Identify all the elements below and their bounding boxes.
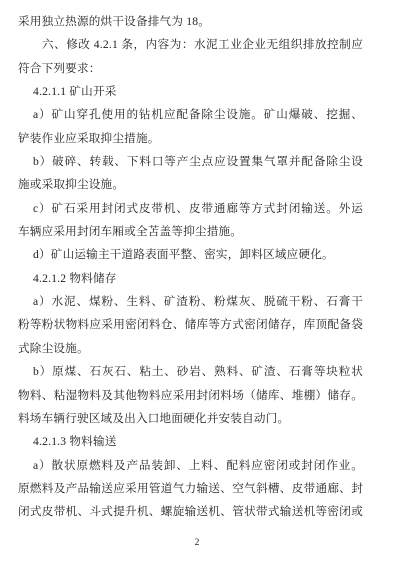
text-line: 六、修改 4.2.1 条，内容为：水泥工业企业无组织排放控制应 — [18, 33, 363, 56]
text-line: d）矿山运输主干道路表面平整、密实，卸料区域应硬化。 — [18, 243, 363, 266]
document-page: 采用独立热源的烘干设备排气为 18。六、修改 4.2.1 条，内容为：水泥工业企… — [0, 0, 394, 565]
text-line: 式除尘设施。 — [18, 337, 363, 360]
text-line: 施或采取抑尘设施。 — [18, 173, 363, 196]
text-line: b）破碎、转载、下料口等产尘点应设置集气罩并配备除尘设 — [18, 150, 363, 173]
text-line: 铲装作业应采取抑尘措施。 — [18, 127, 363, 150]
text-line: a）水泥、煤粉、生料、矿渣粉、粉煤灰、脱硫干粉、石膏干 — [18, 290, 363, 313]
text-line: 料场车辆行驶区域及出入口地面硬化并安装自动门。 — [18, 407, 363, 430]
text-line: a）散状原燃料及产品装卸、上料、配料应密闭或封闭作业。 — [18, 454, 363, 477]
text-line: c）矿石采用封闭式皮带机、皮带通廊等方式封闭输送。外运 — [18, 197, 363, 220]
text-line: a）矿山穿孔使用的钻机应配备除尘设施。矿山爆破、挖掘、 — [18, 103, 363, 126]
page-number: 2 — [0, 537, 394, 549]
text-line: b）原煤、石灰石、粘土、砂岩、熟料、矿渣、石膏等块粒状 — [18, 360, 363, 383]
text-line: 原燃料及产品输送应采用管道气力输送、空气斜槽、皮带通廊、封 — [18, 477, 363, 500]
text-line: 粉等粉状物料应采用密闭料仓、储库等方式密闭储存，库顶配备袋 — [18, 313, 363, 336]
text-line: 闭式皮带机、斗式提升机、螺旋输送机、管状带式输送机等密闭或 — [18, 500, 363, 523]
text-line: 符合下列要求： — [18, 57, 363, 80]
text-line: 采用独立热源的烘干设备排气为 18。 — [18, 10, 363, 33]
document-body: 采用独立热源的烘干设备排气为 18。六、修改 4.2.1 条，内容为：水泥工业企… — [18, 10, 363, 524]
text-line: 物料、粘湿物料及其他物料应采用封闭料场（储库、堆棚）储存。 — [18, 384, 363, 407]
text-line: 车辆应采用封闭车厢或全苫盖等抑尘措施。 — [18, 220, 363, 243]
text-line: 4.2.1.1 矿山开采 — [18, 80, 363, 103]
text-line: 4.2.1.2 物料储存 — [18, 267, 363, 290]
text-line: 4.2.1.3 物料输送 — [18, 430, 363, 453]
